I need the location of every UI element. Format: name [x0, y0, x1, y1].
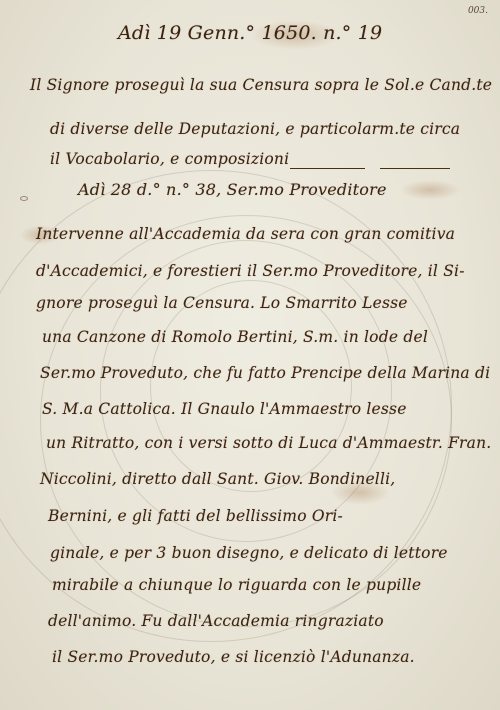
text-line: Niccolini, diretto dall Sant. Giov. Bond…	[40, 470, 395, 488]
bleed-through-ring	[100, 240, 392, 542]
text-line: il Ser.mo Proveduto, e si licenziò l'Adu…	[52, 648, 415, 666]
text-line: una Canzone di Romolo Bertini, S.m. in l…	[42, 328, 428, 346]
text-line: gnore proseguì la Censura. Lo Smarrito L…	[36, 294, 408, 312]
text-line: di diverse delle Deputazioni, e particol…	[50, 120, 460, 138]
text-line: ginale, e per 3 buon disegno, e delicato…	[50, 544, 448, 562]
text-line: dell'animo. Fu dall'Accademia ringraziat…	[48, 612, 384, 630]
entry-heading: Adì 28 d.° n.° 38, Ser.mo Proveditore	[78, 180, 387, 199]
manuscript-page: 003. Adì 19 Genn.° 1650. n.° 19 Il Signo…	[0, 0, 500, 710]
text-line: il Vocabolario, e composizioni	[50, 150, 289, 168]
entry-heading: Adì 19 Genn.° 1650. n.° 19	[118, 22, 382, 44]
text-line: mirabile a chiunque lo riguarda con le p…	[52, 576, 421, 594]
text-line: Intervenne all'Accademia da sera con gra…	[36, 225, 455, 243]
text-line: S. M.a Cattolica. Il Gnaulo l'Ammaestro …	[42, 400, 407, 418]
text-line: Il Signore proseguì la sua Censura sopra…	[30, 76, 492, 94]
foxing-stain	[400, 180, 460, 200]
text-line: Ser.mo Proveduto, che fu fatto Prencipe …	[40, 364, 490, 382]
line-filler-rule	[380, 168, 450, 169]
line-filler-rule	[290, 168, 365, 169]
text-line: d'Accademici, e forestieri il Ser.mo Pro…	[36, 262, 465, 280]
text-line: un Ritratto, con i versi sotto di Luca d…	[46, 434, 491, 452]
folio-number: 003.	[468, 6, 488, 16]
text-line: Bernini, e gli fatti del bellissimo Ori-	[48, 507, 343, 525]
margin-mark	[20, 196, 28, 201]
